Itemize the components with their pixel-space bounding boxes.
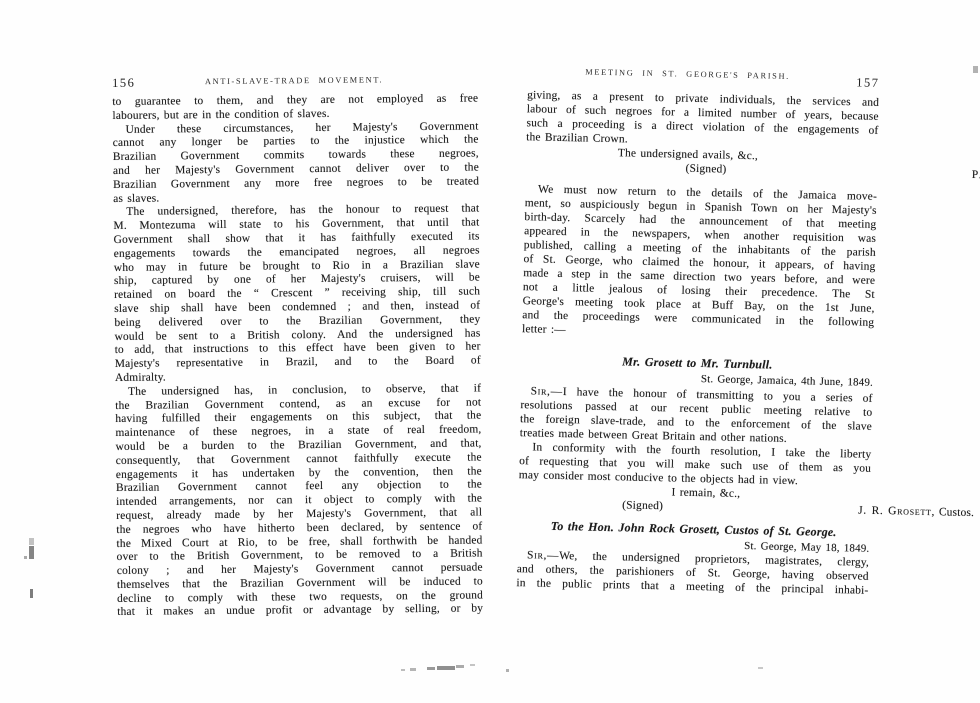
scan-artifact [410, 668, 416, 671]
running-head-left: ANTI-SLAVE-TRADE MOVEMENT. [108, 74, 480, 87]
page-number-right: 157 [856, 75, 880, 91]
signed-label: (Signed) [622, 498, 663, 513]
left-page-body: to guarantee to them, and they are not e… [108, 92, 485, 620]
right-page-header: MEETING IN ST. GEORGE'S PARISH. 157 [518, 64, 898, 86]
scan-artifact [758, 667, 763, 669]
running-head-right: MEETING IN ST. GEORGE'S PARISH. [518, 66, 858, 82]
scan-artifact [437, 666, 455, 670]
salutation: Sir,— [531, 385, 563, 398]
scan-artifact [29, 546, 34, 559]
page-right-157: MEETING IN ST. GEORGE'S PARISH. 157 givi… [506, 56, 898, 598]
scan-artifact [973, 66, 978, 73]
scan-artifact [456, 665, 464, 668]
scan-artifact [401, 669, 405, 671]
scan-artifact [427, 667, 435, 670]
scan-artifact [29, 538, 34, 545]
scan-artifact [30, 589, 33, 598]
signature-suffix: , Custos. [931, 506, 974, 519]
page-left-156: 156 ANTI-SLAVE-TRADE MOVEMENT. to guaran… [108, 68, 485, 620]
book-scan-spread: 156 ANTI-SLAVE-TRADE MOVEMENT. to guaran… [0, 0, 980, 703]
body-line: that it makes an undue profit or advanta… [117, 603, 483, 620]
scan-artifact [470, 664, 475, 666]
signature-name-caps: J. R. Grosett [858, 505, 932, 519]
scan-artifact [506, 669, 509, 672]
signature-name: J. R. Grosett, Custos. [858, 504, 974, 521]
salutation: Sir,— [527, 549, 559, 562]
signature-name: Palmerston. [972, 168, 980, 183]
scan-artifact [24, 556, 27, 559]
right-page-body: giving, as a present to private individu… [506, 88, 897, 598]
signed-label: (Signed) [685, 162, 726, 177]
left-page-header: 156 ANTI-SLAVE-TRADE MOVEMENT. [108, 72, 480, 90]
